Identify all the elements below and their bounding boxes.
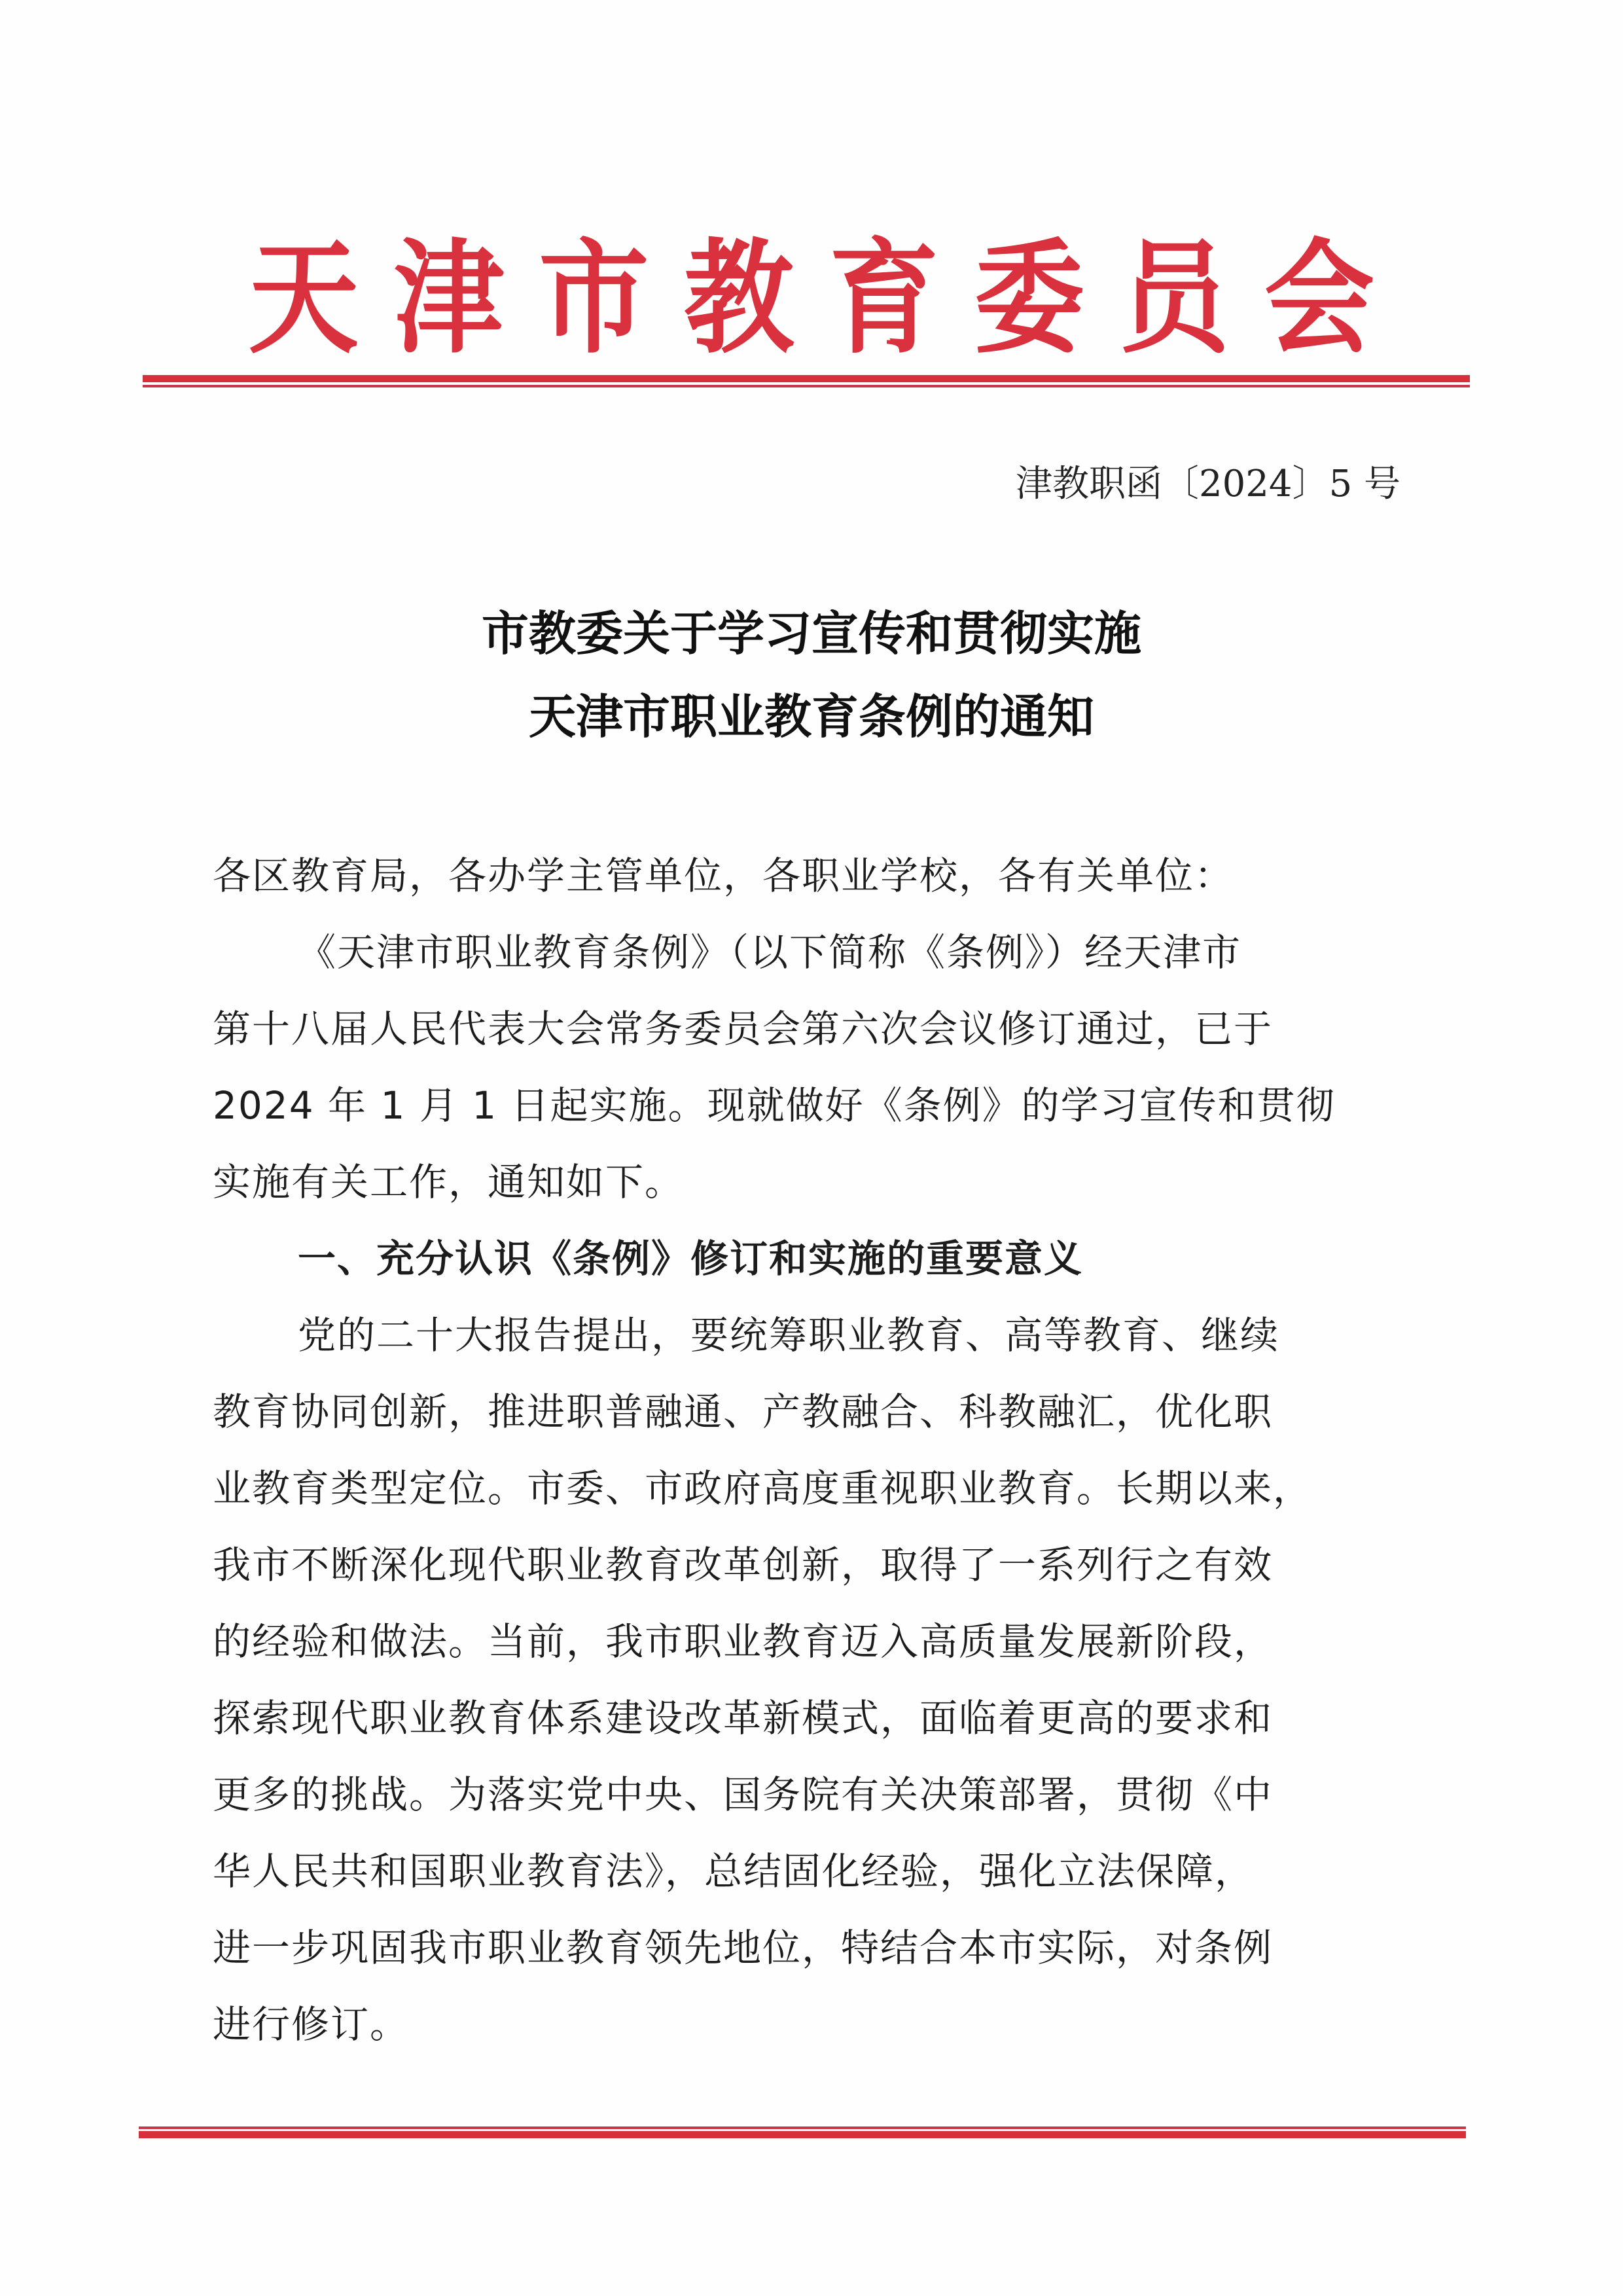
document-title: 市教委关于学习宣传和贯彻实施 天津市职业教育条例的通知 xyxy=(0,592,1623,759)
footer-rule-thin xyxy=(139,2126,1466,2129)
paragraph-line: 更多的挑战。为落实党中央、国务院有关决策部署，贯彻《中 xyxy=(213,1757,1404,1833)
document-number: 津教职函〔2024〕5 号 xyxy=(1016,458,1400,511)
paragraph-line: 业教育类型定位。市委、市政府高度重视职业教育。长期以来， xyxy=(213,1450,1404,1527)
masthead-char: 员 xyxy=(1119,224,1229,371)
masthead-rule-thick xyxy=(143,375,1470,382)
paragraph-line: 华人民共和国职业教育法》，总结固化经验，强化立法保障， xyxy=(213,1833,1404,1910)
addressee: 各区教育局，各办学主管单位，各职业学校，各有关单位： xyxy=(213,838,1404,914)
masthead-org-name: 天 津 市 教 育 委 员 会 xyxy=(249,232,1374,363)
masthead-char: 教 xyxy=(684,224,794,371)
paragraph-line: 的经验和做法。当前，我市职业教育迈入高质量发展新阶段， xyxy=(213,1604,1404,1680)
masthead-rule-thin xyxy=(143,385,1470,387)
paragraph-line: 教育协同创新，推进职普融通、产教融合、科教融汇，优化职 xyxy=(213,1374,1404,1450)
masthead-char: 津 xyxy=(394,224,504,371)
paragraph-line: 第十八届人民代表大会常务委员会第六次会议修订通过，已于 xyxy=(213,991,1404,1067)
masthead-char: 市 xyxy=(539,224,649,371)
paragraph-line: 进一步巩固我市职业教育领先地位，特结合本市实际，对条例 xyxy=(213,1910,1404,1986)
paragraph-line: 进行修订。 xyxy=(213,1986,1404,2063)
masthead-char: 天 xyxy=(249,224,359,371)
document-page: 天 津 市 教 育 委 员 会 津教职函〔2024〕5 号 市教委关于学习宣传和… xyxy=(0,0,1623,2296)
paragraph-line: 2024 年 1 月 1 日起实施。现就做好《条例》的学习宣传和贯彻 xyxy=(213,1067,1404,1144)
masthead-char: 育 xyxy=(829,224,939,371)
title-line-2: 天津市职业教育条例的通知 xyxy=(0,675,1623,759)
paragraph-line: 实施有关工作，通知如下。 xyxy=(213,1144,1404,1221)
masthead-char: 会 xyxy=(1264,224,1374,371)
masthead-char: 委 xyxy=(974,224,1084,371)
paragraph-line: 党的二十大报告提出，要统筹职业教育、高等教育、继续 xyxy=(213,1297,1404,1374)
paragraph-line: 探索现代职业教育体系建设改革新模式，面临着更高的要求和 xyxy=(213,1680,1404,1757)
document-body: 各区教育局，各办学主管单位，各职业学校，各有关单位： 《天津市职业教育条例》（以… xyxy=(213,838,1404,2063)
paragraph-line: 我市不断深化现代职业教育改革创新，取得了一系列行之有效 xyxy=(213,1527,1404,1604)
section-heading: 一、充分认识《条例》修订和实施的重要意义 xyxy=(213,1221,1404,1297)
title-line-1: 市教委关于学习宣传和贯彻实施 xyxy=(0,592,1623,675)
footer-rule-thick xyxy=(139,2131,1466,2138)
paragraph-line: 《天津市职业教育条例》（以下简称《条例》）经天津市 xyxy=(213,914,1404,991)
